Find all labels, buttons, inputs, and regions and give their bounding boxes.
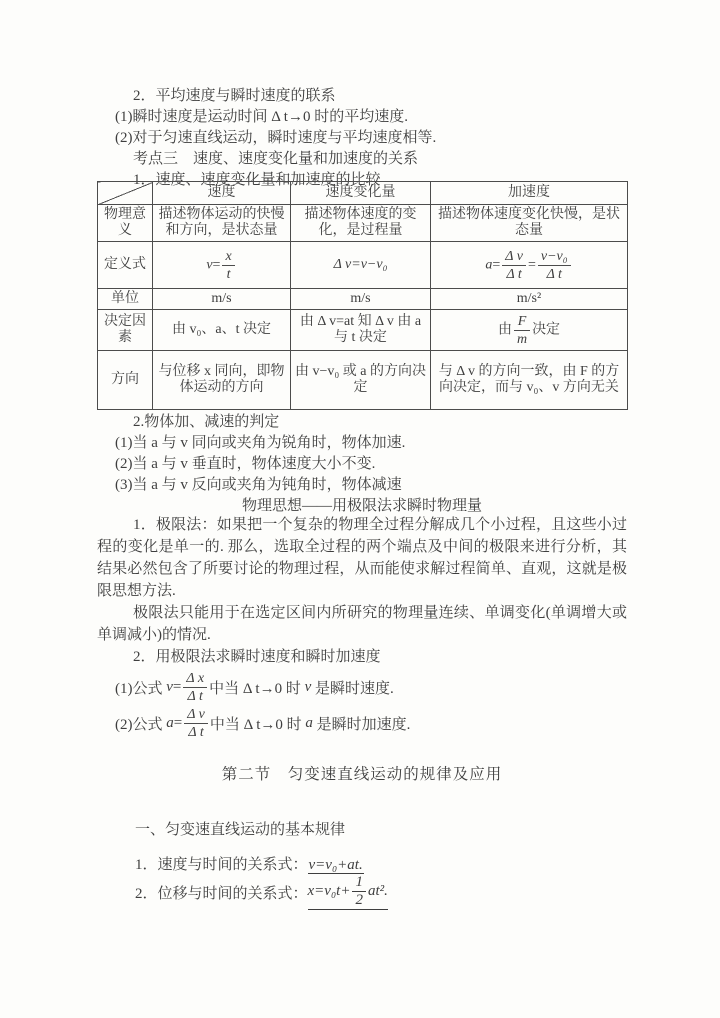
fraction-vminusv0-over-dt: v−v₀Δ t <box>538 248 571 283</box>
judge-rule-1: (1)当 a 与 v 同向或夹角为锐角时，物体加速. <box>97 433 627 454</box>
unit-velocity: m/s <box>153 289 291 310</box>
instant-velocity-formula: (1)公式 v=Δ xΔ t中当 Δ t→0 时 v 是瞬时速度. <box>97 670 627 704</box>
row-label-factor: 决定因素 <box>98 310 153 351</box>
section2-subheading: 一、匀变速直线运动的基本规律 <box>97 820 665 841</box>
header-velocity-change: 速度变化量 <box>291 182 431 205</box>
limit-paragraph-2: 极限法只能用于在选定区间内所研究的物理量连续、单调变化(单调增大或单调减小)的情… <box>97 602 627 646</box>
row-label-direction: 方向 <box>98 351 153 410</box>
intro-section: 2．平均速度与瞬时速度的联系 (1)瞬时速度是运动时间 Δ t→0 时的平均速度… <box>97 86 627 191</box>
row-label-definition: 定义式 <box>98 242 153 289</box>
judge-rule-3: (3)当 a 与 v 反向或夹角为钝角时，物体减速 <box>97 475 627 496</box>
judge-rule-2: (2)当 a 与 v 垂直时，物体速度大小不变. <box>97 454 627 475</box>
fraction-one-half: 12 <box>352 874 366 909</box>
direction-velocity: 与位移 x 同向，即物体运动的方向 <box>153 351 291 410</box>
velocity-time-relation: 1．速度与时间的关系式：v=v₀+at. <box>97 855 665 876</box>
factor-velocity: 由 v₀、a、t 决定 <box>153 310 291 351</box>
row-label-meaning: 物理意义 <box>98 205 153 242</box>
document-page: 2．平均速度与瞬时速度的联系 (1)瞬时速度是运动时间 Δ t→0 时的平均速度… <box>0 0 720 1018</box>
meaning-velocity: 描述物体运动的快慢和方向，是状态量 <box>153 205 291 242</box>
section2-title: 第二节 匀变速直线运动的规律及应用 <box>97 762 627 784</box>
direction-velocity-change: 由 v−v₀ 或 a 的方向决定 <box>291 351 431 410</box>
definition-velocity-change: Δ v=v−v₀ <box>291 242 431 289</box>
intro-line-3: (2)对于匀速直线运动，瞬时速度与平均速度相等. <box>97 128 627 149</box>
row-unit: 单位 m/s m/s m/s² <box>98 289 628 310</box>
meaning-acceleration: 描述物体速度变化快慢，是状态量 <box>431 205 628 242</box>
fraction-dv-over-dt-2: Δ vΔ t <box>184 706 208 741</box>
factor-acceleration: 由Fm决定 <box>431 310 628 351</box>
comparison-table: 速度 速度变化量 加速度 物理意义 描述物体运动的快慢和方向，是状态量 描述物体… <box>97 181 628 410</box>
judge-title: 2.物体加、减速的判定 <box>97 412 627 433</box>
instant-acceleration-formula: (2)公式 a=Δ vΔ t中当 Δ t→0 时 a 是瞬时加速度. <box>97 706 627 740</box>
intro-line-kaodian: 考点三 速度、速度变化量和加速度的关系 <box>97 149 627 170</box>
fraction-F-over-m: Fm <box>514 313 530 348</box>
header-velocity: 速度 <box>153 182 291 205</box>
fraction-x-over-t: xt <box>222 248 234 283</box>
table-header-row: 速度 速度变化量 加速度 <box>98 182 628 205</box>
fraction-dx-over-dt: Δ xΔ t <box>183 670 207 705</box>
intro-line-2: (1)瞬时速度是运动时间 Δ t→0 时的平均速度. <box>97 107 627 128</box>
fraction-dv-over-dt: Δ vΔ t <box>502 248 526 283</box>
definition-acceleration: a=Δ vΔ t=v−v₀Δ t <box>431 242 628 289</box>
unit-acceleration: m/s² <box>431 289 628 310</box>
row-determining-factor: 决定因素 由 v₀、a、t 决定 由 Δ v=at 知 Δ v 由 a 与 t … <box>98 310 628 351</box>
meaning-velocity-change: 描述物体速度的变化，是过程量 <box>291 205 431 242</box>
row-direction: 方向 与位移 x 同向，即物体运动的方向 由 v−v₀ 或 a 的方向决定 与 … <box>98 351 628 410</box>
judge-section: 2.物体加、减速的判定 (1)当 a 与 v 同向或夹角为锐角时，物体加速. (… <box>97 412 627 496</box>
definition-velocity: v=xt <box>153 242 291 289</box>
intro-line-1: 2．平均速度与瞬时速度的联系 <box>97 86 627 107</box>
limit-method-heading: 物理思想——用极限法求瞬时物理量 <box>97 494 627 515</box>
row-definition-formula: 定义式 v=xt Δ v=v−v₀ a=Δ vΔ t=v−v₀Δ t <box>98 242 628 289</box>
limit-paragraph-1: 1．极限法：如果把一个复杂的物理全过程分解成几个小过程，且这些小过程的变化是单一… <box>97 514 627 602</box>
unit-velocity-change: m/s <box>291 289 431 310</box>
direction-acceleration: 与 Δ v 的方向一致，由 F 的方向决定，而与 v₀、v 方向无关 <box>431 351 628 410</box>
header-acceleration: 加速度 <box>431 182 628 205</box>
factor-velocity-change: 由 Δ v=at 知 Δ v 由 a 与 t 决定 <box>291 310 431 351</box>
limit-subtitle: 2．用极限法求瞬时速度和瞬时加速度 <box>97 646 627 668</box>
row-physical-meaning: 物理意义 描述物体运动的快慢和方向，是状态量 描述物体速度的变化，是过程量 描述… <box>98 205 628 242</box>
limit-method-section: 1．极限法：如果把一个复杂的物理全过程分解成几个小过程，且这些小过程的变化是单一… <box>97 514 627 740</box>
diagonal-line-cell <box>98 182 153 205</box>
row-label-unit: 单位 <box>98 289 153 310</box>
displacement-time-relation: 2．位移与时间的关系式：x=v₀t+12at². <box>97 874 665 910</box>
velocity-time-formula: v=v₀+at. <box>308 857 364 874</box>
displacement-time-formula: x=v₀t+12at². <box>308 874 388 910</box>
